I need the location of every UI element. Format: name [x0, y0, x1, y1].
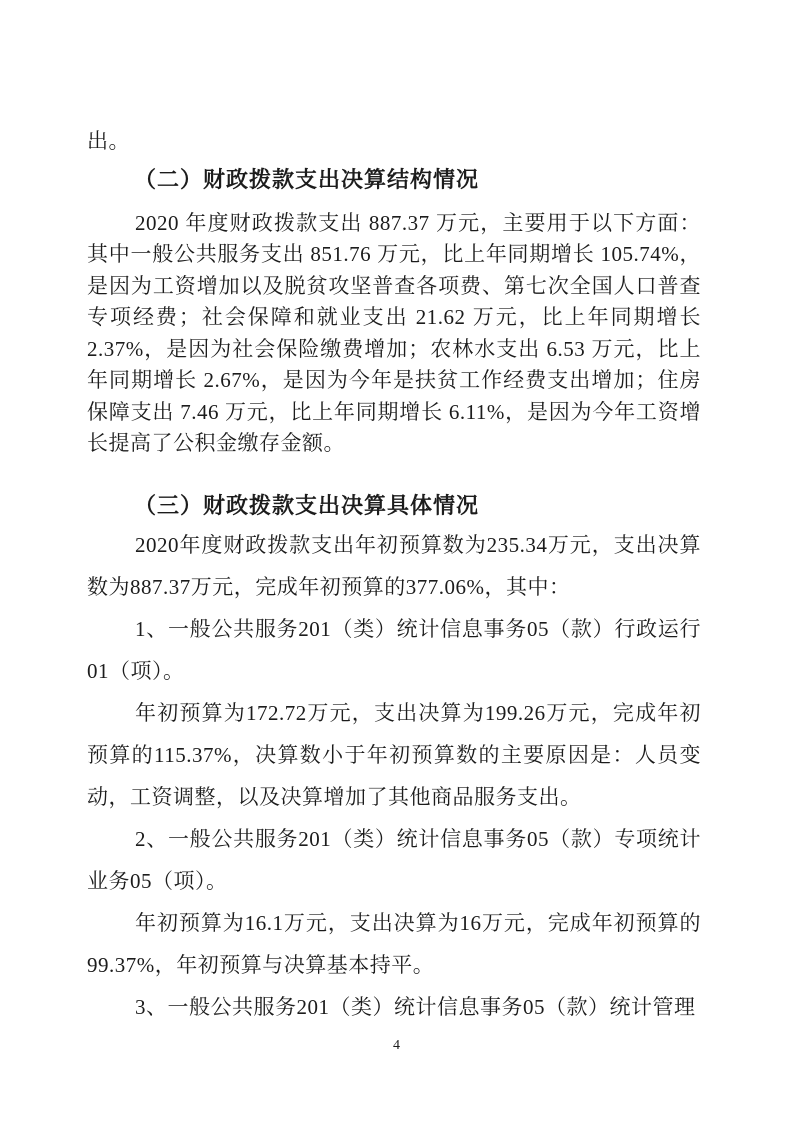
- section-3-heading: （三）财政拨款支出决算具体情况: [87, 490, 701, 522]
- document-page: 出。 （二）财政拨款支出决算结构情况 2020 年度财政拨款支出 887.37 …: [0, 0, 793, 1122]
- section-2-heading: （二）财政拨款支出决算结构情况: [87, 164, 701, 196]
- section-3-item-1-title: 1、一般公共服务201（类）统计信息事务05（款）行政运行01（项）。: [87, 608, 701, 692]
- section-3-item-3-title: 3、一般公共服务201（类）统计信息事务05（款）统计管理: [87, 986, 701, 1028]
- section-3-item-2-title: 2、一般公共服务201（类）统计信息事务05（款）专项统计业务05（项）。: [87, 818, 701, 902]
- continuation-text: 出。: [87, 126, 701, 158]
- section-2-paragraph: 2020 年度财政拨款支出 887.37 万元，主要用于以下方面：其中一般公共服…: [87, 208, 701, 460]
- section-3-item-1-detail: 年初预算为172.72万元，支出决算为199.26万元，完成年初预算的115.3…: [87, 692, 701, 818]
- section-3-item-2-detail: 年初预算为16.1万元，支出决算为16万元，完成年初预算的99.37%，年初预算…: [87, 902, 701, 986]
- section-3-paragraph-summary: 2020年度财政拨款支出年初预算数为235.34万元，支出决算数为887.37万…: [87, 524, 701, 608]
- section-2: 出。 （二）财政拨款支出决算结构情况 2020 年度财政拨款支出 887.37 …: [87, 126, 701, 460]
- page-number: 4: [0, 1036, 793, 1056]
- section-3: （三）财政拨款支出决算具体情况 2020年度财政拨款支出年初预算数为235.34…: [87, 490, 701, 1028]
- page-content: 出。 （二）财政拨款支出决算结构情况 2020 年度财政拨款支出 887.37 …: [87, 126, 701, 1028]
